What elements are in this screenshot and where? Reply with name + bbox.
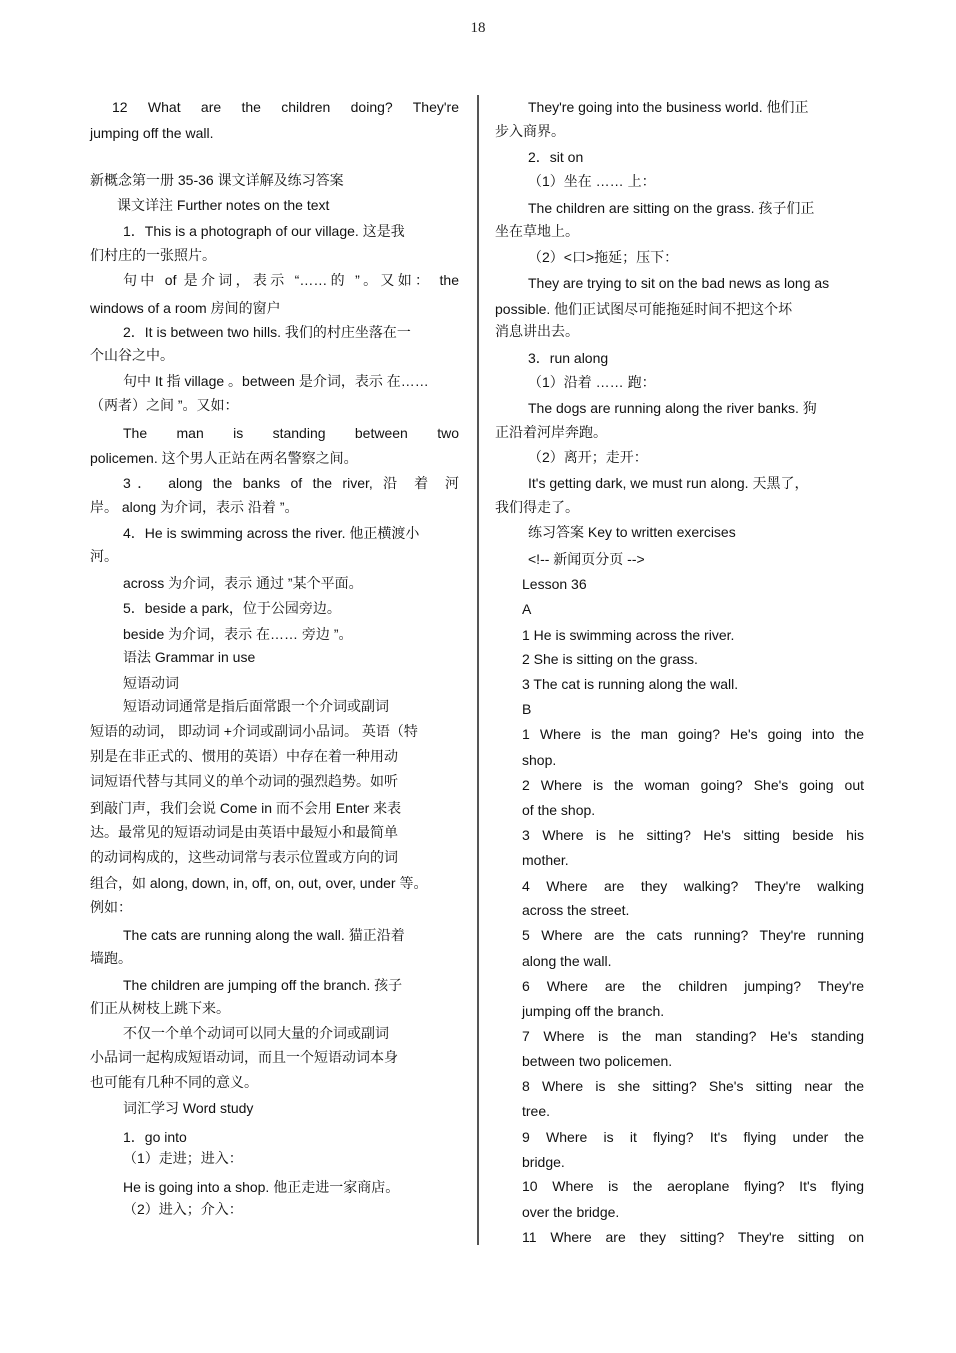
text-line: 消息讲出去。 <box>495 321 579 341</box>
text-line: 4 Where are they walking? They're walkin… <box>522 876 864 896</box>
text-line: 3 The cat is running along the wall. <box>522 674 738 694</box>
text-line: tree. <box>522 1101 550 1121</box>
text-line: between two policemen. <box>522 1051 672 1071</box>
text-line: over the bridge. <box>522 1202 619 1222</box>
text-line: 到敲门声，我们会说 Come in 而不会用 Enter 来表 <box>90 798 401 818</box>
text-line: 1．This is a photograph of our village. 这… <box>123 221 405 241</box>
text-line: Lesson 36 <box>522 574 587 594</box>
text-line: 步入商界。 <box>495 121 565 141</box>
text-line: 例如： <box>90 897 132 917</box>
text-line: 1．go into <box>123 1127 187 1147</box>
text-line: <!-- 新闻页分页 --> <box>528 549 645 569</box>
text-line: 河。 <box>90 546 118 566</box>
text-line: 10 Where is the aeroplane flying? It's f… <box>522 1176 864 1196</box>
text-line: They are trying to sit on the bad news a… <box>528 273 829 293</box>
text-line: possible. 他们正试图尽可能拖延时间不把这个坏 <box>495 299 792 319</box>
text-line: （2）离开；走开： <box>528 447 648 467</box>
text-line: 2．It is between two hills. 我们的村庄坐落在一 <box>123 322 411 342</box>
text-line: （两者）之间 ”。又如： <box>90 395 239 415</box>
text-line: 词短语代替与其同义的单个动词的强烈趋势。如听 <box>90 771 398 791</box>
text-line: 墙跑。 <box>90 948 132 968</box>
text-line: The cats are running along the wall. 猫正沿… <box>123 925 405 945</box>
text-line: 达。最常见的短语动词是由英语中最短小和最简单 <box>90 822 398 842</box>
text-line: 个山谷之中。 <box>90 345 174 365</box>
text-line: across 为介词，表示 通过 ”某个平面。 <box>123 573 363 593</box>
text-line: 2．sit on <box>528 147 583 167</box>
page-number: 18 <box>0 20 956 37</box>
text-line: （1）坐在 …… 上： <box>528 171 656 191</box>
text-line: 的动词构成的，这些动词常与表示位置或方向的词 <box>90 847 398 867</box>
text-line: 2 Where is the woman going? She's going … <box>522 775 864 795</box>
text-line: 短语的动词， 即动词 +介词或副词小品词。 英语（特 <box>90 721 418 741</box>
text-line: 5．beside a park，位于公园旁边。 <box>123 598 341 618</box>
text-line: 正沿着河岸奔跑。 <box>495 422 607 442</box>
column-divider <box>477 95 479 1245</box>
text-line: 6 Where are the children jumping? They'r… <box>522 976 864 996</box>
text-line: 12 What are the children doing? They're <box>112 97 459 117</box>
text-line: 5 Where are the cats running? They're ru… <box>522 925 864 945</box>
text-line: 句中 of 是介词，表示 “……的 ”。又如： the <box>123 270 459 290</box>
text-line: A <box>522 599 531 619</box>
text-line: windows of a room 房间的窗户 <box>90 298 281 318</box>
text-line: 4．He is swimming across the river. 他正横渡小 <box>123 523 419 543</box>
text-line: B <box>522 699 531 719</box>
text-line: 不仅一个单个动词可以同大量的介词或副词 <box>123 1023 389 1043</box>
text-line: （1）沿着 …… 跑： <box>528 372 656 392</box>
text-line: 11 Where are they sitting? They're sitti… <box>522 1227 864 1247</box>
text-line: The dogs are running along the river ban… <box>528 398 817 418</box>
text-line: 8 Where is she sitting? She's sitting ne… <box>522 1076 864 1096</box>
text-line: （2）<口>拖延；压下： <box>528 247 678 267</box>
text-line: 课文详注 Further notes on the text <box>117 195 329 215</box>
text-line: 短语动词 <box>123 673 179 693</box>
text-line: （1）走进；进入： <box>123 1148 243 1168</box>
text-line: 岸。 along 为介词，表示 沿着 ”。 <box>90 497 298 517</box>
text-line: 短语动词通常是指后面常跟一个介词或副词 <box>123 696 389 716</box>
text-line: along the wall. <box>522 951 612 971</box>
text-line: jumping off the wall. <box>90 123 213 143</box>
text-line: 坐在草地上。 <box>495 221 579 241</box>
text-line: 7 Where is the man standing? He's standi… <box>522 1026 864 1046</box>
text-line: 3．run along <box>528 348 608 368</box>
text-line: 词汇学习 Word study <box>123 1098 253 1118</box>
text-line: He is going into a shop. 他正走进一家商店。 <box>123 1177 399 1197</box>
text-line: 3 Where is he sitting? He's sitting besi… <box>522 825 864 845</box>
text-line: It's getting dark, we must run along. 天黑… <box>528 473 808 493</box>
text-line: 2 She is sitting on the grass. <box>522 649 698 669</box>
text-line: 们村庄的一张照片。 <box>90 245 216 265</box>
text-line: 我们得走了。 <box>495 497 579 517</box>
text-line: The children are sitting on the grass. 孩… <box>528 198 814 218</box>
text-line: 别是在非正式的、惯用的英语）中存在着一种用动 <box>90 746 398 766</box>
text-line: 3． along the banks of the river, 沿 着 河 <box>123 473 459 493</box>
text-line: bridge. <box>522 1152 565 1172</box>
text-line: They're going into the business world. 他… <box>528 97 808 117</box>
text-line: The man is standing between two <box>123 423 459 443</box>
text-line: 句中 It 指 village 。between 是介词，表示 在…… <box>123 371 429 391</box>
text-line: 练习答案 Key to written exercises <box>528 522 736 542</box>
text-line: beside 为介词，表示 在…… 旁边 ”。 <box>123 624 352 644</box>
text-line: （2）进入；介入： <box>123 1199 243 1219</box>
text-line: 1 He is swimming across the river. <box>522 625 734 645</box>
text-line: 也可能有几种不同的意义。 <box>90 1072 258 1092</box>
text-line: 新概念第一册 35-36 课文详解及练习答案 <box>90 170 344 190</box>
text-line: The children are jumping off the branch.… <box>123 975 402 995</box>
text-line: across the street. <box>522 900 629 920</box>
text-line: 9 Where is it flying? It's flying under … <box>522 1127 864 1147</box>
text-line: policemen. 这个男人正站在两名警察之间。 <box>90 448 358 468</box>
text-line: 1 Where is the man going? He's going int… <box>522 724 864 744</box>
text-line: mother. <box>522 850 569 870</box>
text-line: 语法 Grammar in use <box>123 647 255 667</box>
text-line: shop. <box>522 750 556 770</box>
text-line: 们正从树枝上跳下来。 <box>90 998 230 1018</box>
text-line: jumping off the branch. <box>522 1001 664 1021</box>
text-line: 组合，如 along, down, in, off, on, out, over… <box>90 873 427 893</box>
text-line: of the shop. <box>522 800 595 820</box>
text-line: 小品词一起构成短语动词，而且一个短语动词本身 <box>90 1047 398 1067</box>
